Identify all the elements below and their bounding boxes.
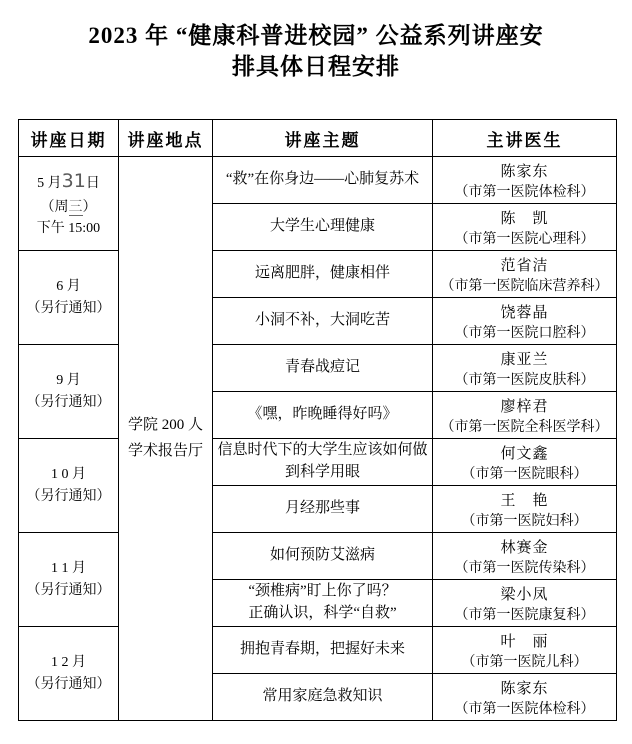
doctor-name: 叶 丽	[435, 630, 614, 651]
doctor-name: 康亚兰	[435, 348, 614, 369]
doctor-department: （市第一医院儿科）	[435, 651, 614, 671]
header-lecture-topic: 讲座主题	[213, 120, 433, 157]
date-line-time: 下午 15:00	[21, 218, 116, 240]
date-line-day: 5 月31日	[21, 167, 116, 196]
lecture-date-cell: 1 1 月 （另行通知）	[19, 533, 119, 627]
lecture-doctor-cell: 何文鑫（市第一医院眼科）	[433, 439, 617, 486]
lecture-topic-cell: 如何预防艾滋病	[213, 533, 433, 580]
date-line-weekday: （周三）	[21, 197, 116, 219]
doctor-name: 陈家东	[435, 677, 614, 698]
lecture-topic-cell: 大学生心理健康	[213, 204, 433, 251]
lecture-topic-cell: 《嘿，昨晚睡得好吗》	[213, 392, 433, 439]
lecture-doctor-cell: 饶蓉晶（市第一医院口腔科）	[433, 298, 617, 345]
lecture-schedule-table: 讲座日期 讲座地点 讲座主题 主讲医生 5 月31日（周三）下午 15:00学院…	[18, 119, 617, 721]
doctor-name: 陈 凯	[435, 207, 614, 228]
doctor-department: （市第一医院体检科）	[435, 698, 614, 718]
lecture-topic-cell: 远离肥胖，健康相伴	[213, 251, 433, 298]
lecture-doctor-cell: 林赛金（市第一医院传染科）	[433, 533, 617, 580]
lecture-date-cell: 9 月 （另行通知）	[19, 345, 119, 439]
lecture-topic-cell: 常用家庭急救知识	[213, 674, 433, 721]
header-lecture-doctor: 主讲医生	[433, 120, 617, 157]
table-row: 1 1 月 （另行通知）如何预防艾滋病林赛金（市第一医院传染科）	[19, 533, 617, 580]
date-day-number: 31	[62, 170, 86, 192]
lecture-date-cell: 1 0 月 （另行通知）	[19, 439, 119, 533]
lecture-topic-cell: 小洞不补，大洞吃苦	[213, 298, 433, 345]
doctor-department: （市第一医院全科医学科）	[435, 416, 614, 436]
document-page: 2023 年 “健康科普进校园” 公益系列讲座安 排具体日程安排 讲座日期 讲座…	[0, 0, 632, 744]
lecture-doctor-cell: 康亚兰（市第一医院皮肤科）	[433, 345, 617, 392]
doctor-department: （市第一医院皮肤科）	[435, 369, 614, 389]
table-row: 5 月31日（周三）下午 15:00学院 200 人 学术报告厅“救”在你身边—…	[19, 157, 617, 204]
lecture-doctor-cell: 陈家东（市第一医院体检科）	[433, 674, 617, 721]
lecture-date-cell: 1 2 月 （另行通知）	[19, 627, 119, 721]
doctor-department: （市第一医院传染科）	[435, 557, 614, 577]
table-row: 1 2 月 （另行通知）拥抱青春期，把握好未来叶 丽（市第一医院儿科）	[19, 627, 617, 674]
header-lecture-location: 讲座地点	[119, 120, 213, 157]
doctor-department: （市第一医院心理科）	[435, 228, 614, 248]
lecture-doctor-cell: 陈家东（市第一医院体检科）	[433, 157, 617, 204]
doctor-name: 何文鑫	[435, 442, 614, 463]
table-row: 6 月 （另行通知）远离肥胖，健康相伴范省洁（市第一医院临床营养科）	[19, 251, 617, 298]
lecture-date-cell: 5 月31日（周三）下午 15:00	[19, 157, 119, 251]
lecture-doctor-cell: 叶 丽（市第一医院儿科）	[433, 627, 617, 674]
schedule-table-body: 5 月31日（周三）下午 15:00学院 200 人 学术报告厅“救”在你身边—…	[19, 157, 617, 721]
weekday-suffix: ）	[83, 200, 97, 215]
lecture-date-cell: 6 月 （另行通知）	[19, 251, 119, 345]
doctor-name: 梁小凤	[435, 583, 614, 604]
doctor-department: （市第一医院口腔科）	[435, 322, 614, 342]
page-title-line2: 排具体日程安排	[0, 51, 632, 82]
weekday-prefix: （周	[41, 200, 69, 215]
doctor-name: 王 艳	[435, 489, 614, 510]
date-day-suffix: 日	[86, 176, 100, 191]
lecture-topic-cell: 拥抱青春期，把握好未来	[213, 627, 433, 674]
page-title: 2023 年 “健康科普进校园” 公益系列讲座安 排具体日程安排	[0, 20, 632, 82]
lecture-topic-cell: 青春战痘记	[213, 345, 433, 392]
doctor-name: 饶蓉晶	[435, 301, 614, 322]
date-month-text: 5 月	[37, 176, 62, 191]
doctor-name: 陈家东	[435, 160, 614, 181]
lecture-topic-cell: “颈椎病”盯上你了吗？ 正确认识，科学“自救”	[213, 580, 433, 627]
table-row: 9 月 （另行通知）青春战痘记康亚兰（市第一医院皮肤科）	[19, 345, 617, 392]
weekday-char: 三	[69, 199, 83, 216]
doctor-department: （市第一医院妇科）	[435, 510, 614, 530]
lecture-topic-cell: 月经那些事	[213, 486, 433, 533]
lecture-location-cell: 学院 200 人 学术报告厅	[119, 157, 213, 721]
doctor-department: （市第一医院眼科）	[435, 463, 614, 483]
header-lecture-date: 讲座日期	[19, 120, 119, 157]
lecture-topic-cell: “救”在你身边——心肺复苏术	[213, 157, 433, 204]
doctor-name: 林赛金	[435, 536, 614, 557]
table-row: 1 0 月 （另行通知）信息时代下的大学生应该如何做 到科学用眼何文鑫（市第一医…	[19, 439, 617, 486]
doctor-department: （市第一医院临床营养科）	[435, 275, 614, 295]
lecture-doctor-cell: 陈 凯（市第一医院心理科）	[433, 204, 617, 251]
doctor-department: （市第一医院康复科）	[435, 604, 614, 624]
header-row: 讲座日期 讲座地点 讲座主题 主讲医生	[19, 120, 617, 157]
doctor-name: 廖梓君	[435, 395, 614, 416]
lecture-doctor-cell: 廖梓君（市第一医院全科医学科）	[433, 392, 617, 439]
lecture-doctor-cell: 梁小凤（市第一医院康复科）	[433, 580, 617, 627]
doctor-department: （市第一医院体检科）	[435, 181, 614, 201]
page-title-line1: 2023 年 “健康科普进校园” 公益系列讲座安	[0, 20, 632, 51]
lecture-doctor-cell: 范省洁（市第一医院临床营养科）	[433, 251, 617, 298]
lecture-topic-cell: 信息时代下的大学生应该如何做 到科学用眼	[213, 439, 433, 486]
doctor-name: 范省洁	[435, 254, 614, 275]
lecture-doctor-cell: 王 艳（市第一医院妇科）	[433, 486, 617, 533]
